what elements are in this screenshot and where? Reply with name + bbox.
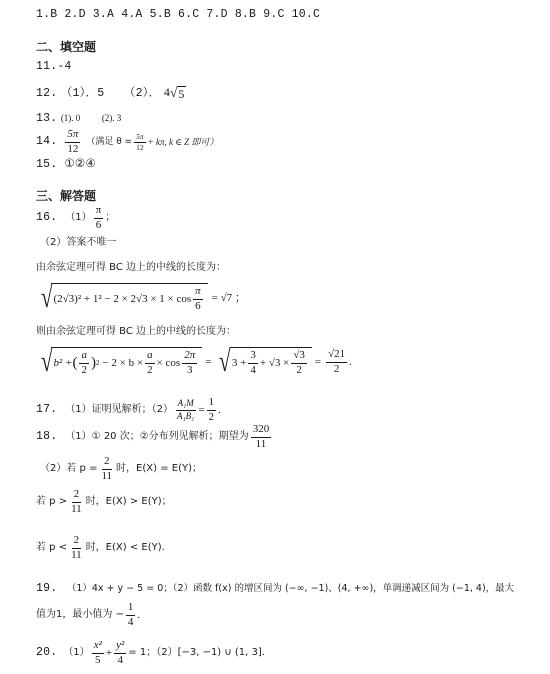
answer-q18-part2: （2）若 p = 211 时，E(X) = E(Y)； — [40, 456, 202, 482]
condition-result: 时，E(X) = E(Y)； — [116, 464, 202, 474]
numerator: A₁M — [176, 399, 196, 410]
answer-q11: 11.-4 — [36, 61, 72, 73]
sqrt-expression-left: √ b² + (a2)2 − 2 × b × a2 × cos 2π3 — [36, 347, 202, 377]
numerator: a — [145, 350, 155, 364]
question-number: 17. — [36, 404, 57, 416]
question-number: 19. — [36, 582, 57, 595]
answer-q19-line1: 19. （1）4x + y − 5 = 0；（2）函数 f(x) 的增区间为 (… — [36, 582, 514, 595]
fraction: π 6 — [193, 286, 203, 312]
fraction: 211 — [69, 489, 84, 515]
paren-open: ( — [72, 356, 77, 371]
part-label: （1） — [63, 648, 89, 658]
radical-icon: √ — [170, 86, 178, 100]
expression: (2√3)² + 1² − 2 × 2√3 × 1 × cos — [53, 294, 191, 305]
section-title-solutions: 三、解答题 — [36, 190, 96, 202]
multiple-choice-answers: 1.B 2.D 3.A 4.A 5.B 6.C 7.D 8.B 9.C 10.C — [36, 9, 320, 21]
denominator: 4 — [248, 364, 258, 377]
part-1-answer: (1). 0 — [61, 113, 81, 123]
ratio-fraction: A₁MA₁B₁ — [175, 399, 196, 421]
fraction: 2π3 — [182, 350, 197, 376]
answer-q15: 15. ①②④ — [36, 159, 96, 171]
fraction: 14 — [126, 602, 136, 628]
note-suffix: + kπ, k ∈ Z 即可） — [148, 138, 219, 147]
q16-equation-1: √ (2√3)² + 1² − 2 × 2√3 × 1 × cos π 6 = … — [36, 283, 246, 313]
numerator: 1 — [126, 602, 136, 616]
answer-text: （1）证明见解析；（2） — [65, 405, 173, 415]
answer-q16-part2: （2）答案不唯一 — [40, 238, 116, 248]
q16-explanation-line2: 则由余弦定理可得 BC 边上的中线的长度为： — [36, 327, 236, 337]
sqrt-expression: √5 — [170, 86, 187, 100]
condition-prefix: 若 p > — [36, 497, 67, 507]
numerator: π — [193, 286, 203, 300]
sqrt-expression: √ (2√3)² + 1² − 2 × 2√3 × 1 × cos π 6 — [36, 283, 208, 313]
term: 3 + — [232, 358, 246, 369]
denominator: 2 — [145, 364, 155, 377]
condition-prefix: （2）若 p = — [40, 464, 97, 474]
answer-q13: 13. (1). 0 (2). 3 — [36, 112, 121, 125]
answer-q18-part3: 若 p > 211 时，E(X) > E(Y)； — [36, 489, 172, 515]
fraction: √32 — [291, 350, 307, 376]
denominator: 2 — [332, 363, 342, 376]
condition-prefix: 若 p < — [36, 543, 67, 553]
part-2-answer: (2). 3 — [102, 113, 122, 123]
question-number: 15. — [36, 158, 57, 171]
numerator: 5π — [65, 129, 80, 143]
denominator: 4 — [115, 654, 125, 667]
radicand: 5 — [177, 86, 186, 100]
term: b² + — [53, 358, 72, 369]
result-fraction: √212 — [326, 349, 347, 375]
numerator: a — [79, 350, 89, 364]
fraction-y: y²4 — [114, 640, 126, 666]
answer-text: = 1；（2）[−3, −1) ∪ (1, 3]. — [128, 648, 265, 658]
equals-sign: = — [315, 357, 321, 368]
numerator: 2 — [102, 456, 112, 470]
answer-q17: 17. （1）证明见解析；（2） A₁MA₁B₁ = 12 . — [36, 397, 221, 423]
part-label: （1） — [65, 213, 91, 223]
answer-value: -4 — [57, 60, 71, 73]
radical-icon: √ — [41, 283, 53, 313]
denominator: 6 — [193, 300, 203, 313]
fraction: π 6 — [94, 205, 104, 231]
term: × cos — [157, 358, 181, 369]
numerator: π — [94, 205, 104, 219]
question-number: 13. — [36, 112, 57, 125]
numerator: 1 — [207, 397, 217, 411]
plus-sign: + — [106, 648, 112, 659]
denominator: 11 — [254, 438, 269, 451]
fraction: a2 — [79, 350, 89, 376]
numerator: 320 — [251, 424, 272, 438]
radicand: b² + (a2)2 − 2 × b × a2 × cos 2π3 — [51, 347, 202, 377]
numerator: 5π — [134, 133, 146, 143]
numerator: 2 — [72, 535, 82, 549]
question-number: 11. — [36, 60, 57, 73]
period: . — [137, 610, 140, 621]
answer-q20: 20. （1） x²5 + y²4 = 1；（2）[−3, −1) ∪ (1, … — [36, 640, 265, 666]
period: . — [218, 405, 221, 416]
fraction: a2 — [145, 350, 155, 376]
numerator: √21 — [326, 349, 347, 363]
answer-q14: 14. 5π 12 （满足 θ = 5π 12 + kπ, k ∈ Z 即可） — [36, 129, 218, 155]
denominator: A₁B₁ — [175, 411, 196, 421]
radicand: (2√3)² + 1² − 2 × 2√3 × 1 × cos π 6 — [51, 283, 207, 313]
denominator: 6 — [94, 219, 104, 232]
answer-q18-part4: 若 p < 211 时，E(X) < E(Y). — [36, 535, 165, 561]
denominator: 3 — [185, 364, 195, 377]
q16-explanation-line1: 由余弦定理可得 BC 边上的中线的长度为： — [36, 263, 226, 273]
question-number: 12. — [36, 87, 57, 100]
fraction-x: x²5 — [92, 640, 104, 666]
answer-value: ①②④ — [64, 158, 96, 171]
result-fraction: 12 — [207, 397, 217, 423]
condition-result: 时，E(X) < E(Y). — [86, 543, 165, 553]
note-prefix: （满足 θ = — [86, 138, 132, 147]
question-number: 20. — [36, 647, 57, 659]
term: + √3 × — [260, 358, 289, 369]
answer-q16-part1: 16. （1） π 6 ； — [36, 205, 115, 231]
numerator: 2π — [182, 350, 197, 364]
answer-text: （1）4x + y − 5 = 0；（2）函数 f(x) 的增区间为 (−∞, … — [67, 583, 514, 594]
numerator: x² — [92, 640, 104, 654]
exponent: 2 — [96, 360, 100, 367]
radical-icon: √ — [41, 347, 53, 377]
equals-sign: = — [198, 405, 204, 416]
numerator: 2 — [72, 489, 82, 503]
punctuation: ； — [105, 213, 115, 223]
fraction: 211 — [99, 456, 114, 482]
denominator: 2 — [294, 364, 304, 377]
denominator: 4 — [126, 616, 136, 629]
answer-text: 值为1，最小值为 − — [36, 610, 124, 620]
denominator: 2 — [79, 364, 89, 377]
sqrt-expression-right: √ 3 + 34 + √3 × √32 — [214, 347, 311, 377]
denominator: 5 — [93, 654, 103, 667]
period: . — [349, 357, 352, 368]
q16-equation-2: √ b² + (a2)2 − 2 × b × a2 × cos 2π3 = √ … — [36, 347, 352, 377]
part-1-answer: （1）．5 — [61, 87, 105, 100]
result: = √7 ； — [212, 293, 246, 304]
numerator: 3 — [248, 350, 258, 364]
denominator: 11 — [69, 503, 84, 516]
numerator: √3 — [291, 350, 307, 364]
radical-icon: √ — [219, 347, 231, 377]
denominator: 2 — [207, 411, 217, 424]
question-number: 18. — [36, 431, 57, 443]
part-2-label: （2）． — [124, 87, 160, 100]
answer-q19-line2: 值为1，最小值为 − 14 . — [36, 602, 140, 628]
section-title-fill-in: 二、填空题 — [36, 41, 96, 53]
fraction: 34 — [248, 350, 258, 376]
radicand: 3 + 34 + √3 × √32 — [230, 347, 312, 377]
numerator: y² — [114, 640, 126, 654]
denominator: 11 — [99, 470, 114, 483]
equals-sign: = — [205, 357, 211, 368]
denominator: 11 — [69, 549, 84, 562]
fraction: 5π 12 — [65, 129, 80, 155]
expectation-fraction: 32011 — [251, 424, 272, 450]
term: − 2 × b × — [102, 358, 143, 369]
answer-q12: 12. （1）．5 （2）． 4√5 — [36, 86, 186, 100]
answer-q18-part1: 18. （1）① 20 次；②分布列见解析；期望为 32011 — [36, 424, 273, 450]
condition-result: 时，E(X) > E(Y)； — [86, 497, 172, 507]
answer-text: （1）① 20 次；②分布列见解析；期望为 — [65, 432, 248, 442]
question-number: 14. — [36, 136, 57, 148]
question-number: 16. — [36, 212, 57, 224]
note-fraction: 5π 12 — [134, 133, 146, 152]
denominator: 12 — [134, 143, 146, 152]
fraction: 211 — [69, 535, 84, 561]
denominator: 12 — [65, 143, 80, 156]
